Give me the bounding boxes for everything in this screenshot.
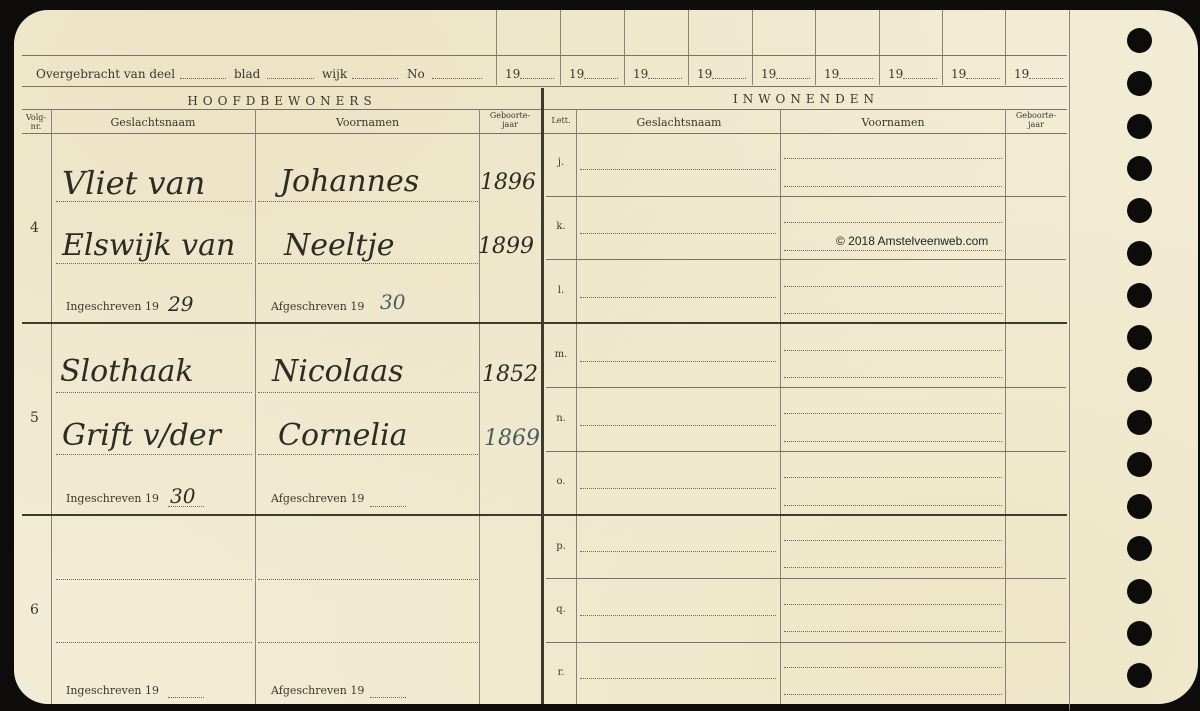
lodger-surname-field[interactable] (580, 678, 776, 679)
deregistered-label: Afgeschreven 19 (271, 300, 364, 313)
lodger-given-field[interactable] (784, 250, 1002, 251)
given-name-cell[interactable]: Nicolaas (272, 354, 403, 389)
year-field-1[interactable] (520, 78, 554, 79)
year-label-3: 19 (633, 67, 648, 81)
transfer-blad-field[interactable] (267, 78, 314, 79)
given-name-cell[interactable]: Johannes (280, 164, 419, 199)
binder-hole-icon (1127, 579, 1152, 604)
deregistered-label: Afgeschreven 19 (271, 492, 364, 505)
col-header-given-left: Voornamen (256, 116, 479, 129)
lodger-given-field[interactable] (784, 667, 1002, 668)
registered-value[interactable]: 29 (168, 292, 193, 316)
year-field-9[interactable] (1029, 78, 1063, 79)
binder-hole-icon (1127, 198, 1152, 223)
surname-cell[interactable]: Slothaak (60, 354, 194, 389)
lodger-given-field[interactable] (784, 377, 1002, 378)
binder-hole-icon (1127, 156, 1152, 181)
lodger-given-field[interactable] (784, 222, 1002, 223)
col-header-given-right: Voornamen (782, 116, 1004, 129)
deregistered-field[interactable] (370, 697, 406, 698)
lodger-letter: n. (546, 413, 576, 424)
given-name-field[interactable] (258, 579, 478, 580)
lodger-letter: q. (546, 604, 576, 615)
registered-value[interactable]: 30 (170, 484, 195, 508)
lodger-letter: p. (546, 541, 576, 552)
transfer-wijk-label: wijk (322, 67, 347, 81)
given-name-field[interactable] (258, 642, 478, 643)
col-header-volgnr: Volg- nr. (22, 113, 50, 131)
lodger-surname-field[interactable] (580, 361, 776, 362)
lodger-surname-field[interactable] (580, 615, 776, 616)
birth-year-cell[interactable]: 1869 (484, 426, 540, 451)
lodger-surname-field[interactable] (580, 551, 776, 552)
year-field-7[interactable] (903, 78, 937, 79)
year-label-9: 19 (1014, 67, 1029, 81)
household-row-6: 6 Ingeschreven 19 Afgeschreven 19 (22, 516, 542, 706)
lodger-given-field[interactable] (784, 413, 1002, 414)
lodger-given-field[interactable] (784, 540, 1002, 541)
transfer-blad-label: blad (234, 67, 260, 81)
lodger-given-field[interactable] (784, 505, 1002, 506)
registered-field[interactable] (168, 697, 204, 698)
registered-label: Ingeschreven 19 (66, 300, 159, 313)
registered-label: Ingeschreven 19 (66, 492, 159, 505)
binder-hole-icon (1127, 410, 1152, 435)
binder-hole-icon (1127, 663, 1152, 688)
binder-hole-icon (1127, 621, 1152, 646)
lodger-given-field[interactable] (784, 313, 1002, 314)
lodger-letter: m. (546, 349, 576, 360)
year-field-3[interactable] (648, 78, 682, 79)
row-number: 6 (30, 602, 39, 618)
binder-hole-icon (1127, 325, 1152, 350)
lodger-given-field[interactable] (784, 441, 1002, 442)
copyright-watermark: © 2018 Amstelveenweb.com (836, 234, 988, 248)
household-row-5: 5 Slothaak Nicolaas 1852 Grift v/der Cor… (22, 324, 542, 514)
birth-year-cell[interactable]: 1852 (482, 362, 538, 387)
lodger-given-field[interactable] (784, 186, 1002, 187)
row-number: 5 (30, 410, 39, 426)
surname-field[interactable] (56, 642, 252, 643)
lodger-given-field[interactable] (784, 604, 1002, 605)
col-header-birthyear-left: Geboorte- jaar (480, 111, 540, 129)
year-label-7: 19 (888, 67, 903, 81)
section-title-hoofdbewoners: HOOFDBEWONERS (22, 94, 542, 108)
binder-hole-icon (1127, 28, 1152, 53)
surname-cell[interactable]: Vliet van (62, 164, 205, 202)
lodger-surname-field[interactable] (580, 169, 776, 170)
transfer-deel-field[interactable] (180, 78, 226, 79)
lodger-given-field[interactable] (784, 158, 1002, 159)
year-label-6: 19 (824, 67, 839, 81)
surname-cell[interactable]: Elswijk van (62, 228, 235, 263)
binder-hole-icon (1127, 241, 1152, 266)
binder-hole-icon (1127, 367, 1152, 392)
row-number: 4 (30, 220, 39, 236)
lodger-surname-field[interactable] (580, 233, 776, 234)
lodger-letter: l. (546, 285, 576, 296)
given-name-cell[interactable]: Cornelia (278, 418, 408, 453)
birth-year-cell[interactable]: 1896 (480, 170, 536, 195)
deregistered-label: Afgeschreven 19 (271, 684, 364, 697)
household-row-4: 4 Vliet van Johannes 1896 Elswijk van Ne… (22, 134, 542, 322)
year-label-2: 19 (569, 67, 584, 81)
col-header-birthyear-right: Geboorte- jaar (1006, 111, 1066, 129)
lodger-given-field[interactable] (784, 694, 1002, 695)
transfer-no-label: No (407, 67, 425, 81)
lodger-letter: k. (546, 221, 576, 232)
lodger-given-field[interactable] (784, 567, 1002, 568)
registered-label: Ingeschreven 19 (66, 684, 159, 697)
lodger-given-field[interactable] (784, 350, 1002, 351)
lodger-surname-field[interactable] (580, 488, 776, 489)
year-label-4: 19 (697, 67, 712, 81)
binder-hole-icon (1127, 494, 1152, 519)
year-field-8[interactable] (966, 78, 1000, 79)
lodger-surname-field[interactable] (580, 425, 776, 426)
binder-hole-icon (1127, 452, 1152, 477)
year-field-4[interactable] (712, 78, 746, 79)
year-field-5[interactable] (776, 78, 810, 79)
year-field-6[interactable] (839, 78, 873, 79)
year-label-5: 19 (761, 67, 776, 81)
transfer-no-field[interactable] (432, 78, 482, 79)
lodger-given-field[interactable] (784, 477, 1002, 478)
binder-hole-icon (1127, 283, 1152, 308)
lodger-given-field[interactable] (784, 286, 1002, 287)
section-title-inwonenden: INWONENDEN (546, 92, 1066, 106)
year-field-2[interactable] (584, 78, 618, 79)
col-header-surname-left: Geslachtsnaam (52, 116, 254, 129)
transfer-deel-label: Overgebracht van deel (36, 67, 175, 81)
deregistered-value[interactable]: 30 (380, 290, 405, 314)
col-header-lett: Lett. (546, 116, 576, 125)
lodger-letter: o. (546, 476, 576, 487)
deregistered-field[interactable] (370, 506, 406, 507)
lodger-letter: r. (546, 667, 576, 678)
lodger-letter: j. (546, 157, 576, 168)
given-name-cell[interactable]: Neeltje (284, 228, 394, 263)
surname-field[interactable] (56, 579, 252, 580)
transfer-wijk-field[interactable] (352, 78, 398, 79)
year-label-1: 19 (505, 67, 520, 81)
binder-hole-icon (1127, 114, 1152, 139)
surname-cell[interactable]: Grift v/der (62, 418, 221, 453)
lodger-surname-field[interactable] (580, 297, 776, 298)
binder-hole-icon (1127, 71, 1152, 96)
birth-year-cell[interactable]: 1899 (478, 234, 534, 259)
lodger-given-field[interactable] (784, 631, 1002, 632)
col-header-surname-right: Geslachtsnaam (578, 116, 780, 129)
year-label-8: 19 (951, 67, 966, 81)
binder-hole-icon (1127, 536, 1152, 561)
